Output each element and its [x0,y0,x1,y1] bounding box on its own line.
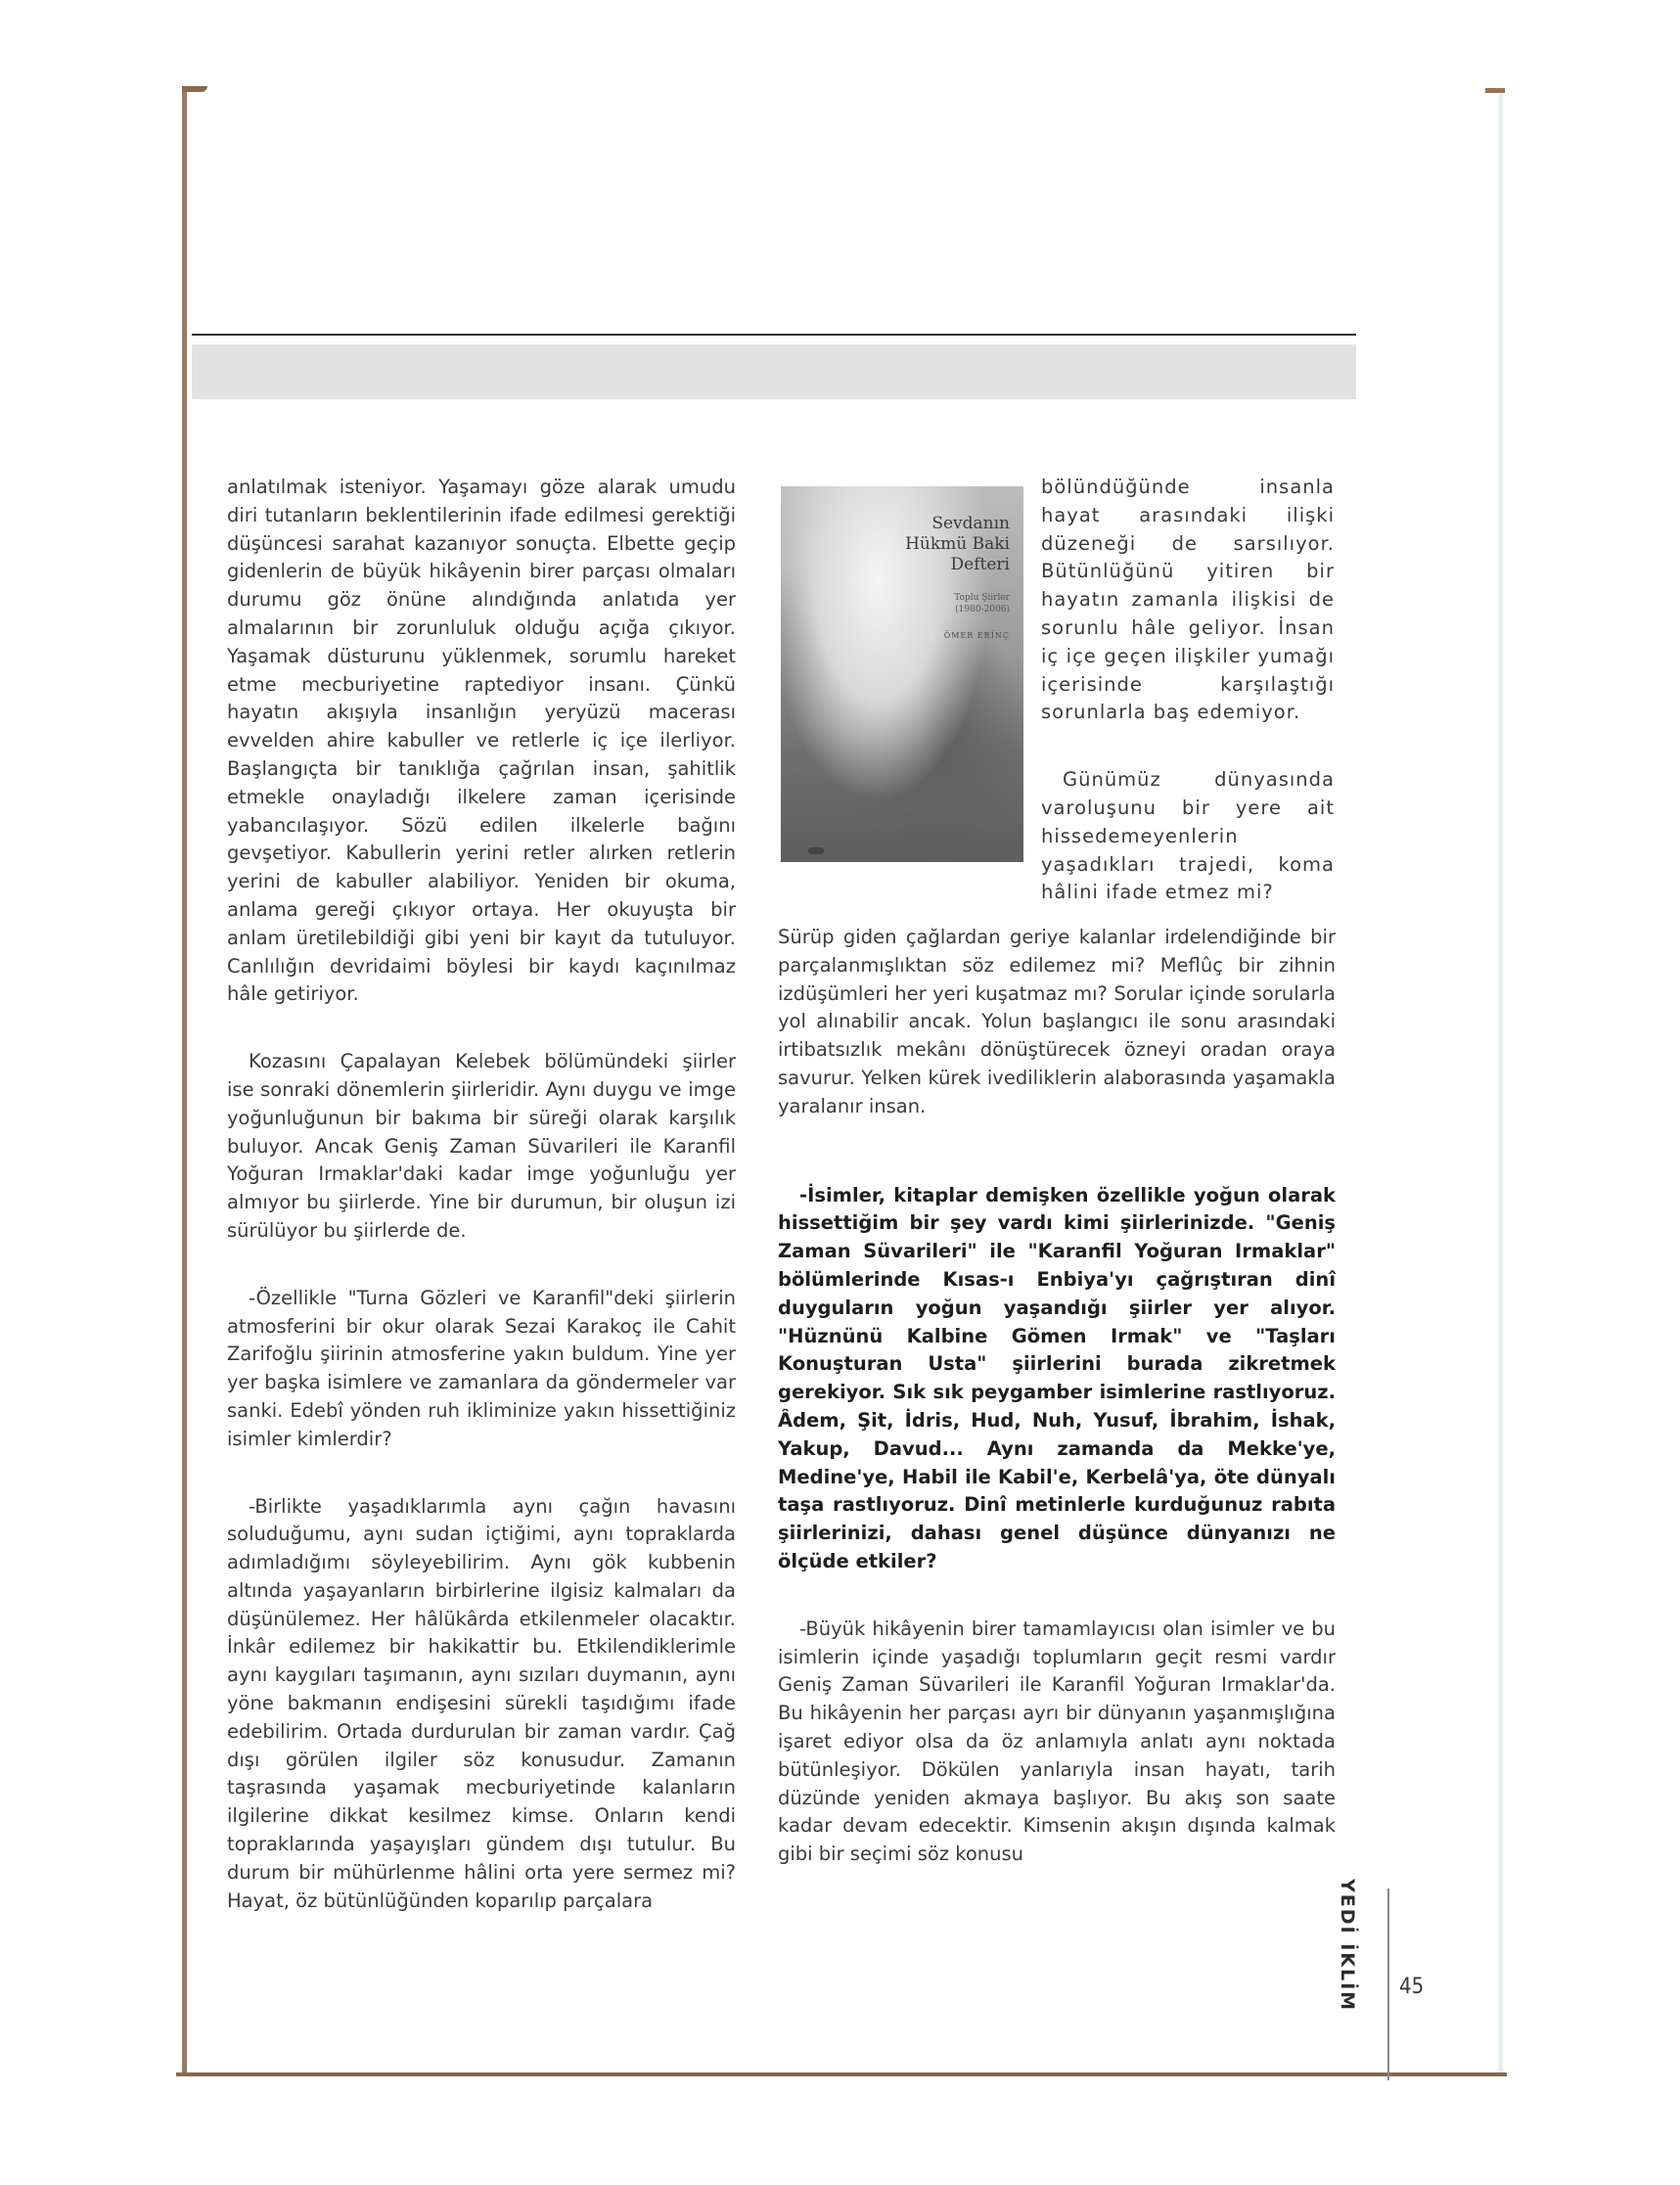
page-number: 45 [1399,1975,1424,1999]
interview-question: -Özellikle "Turna Gözleri ve Karanfil"de… [227,1285,736,1454]
book-author: ÖMER ERİNÇ [944,631,1010,640]
book-cover-image: Sevdanın Hükmü Baki Defteri Toplu Şiirle… [781,486,1023,862]
footer-divider [1387,1889,1389,2080]
interview-answer: -Birlikte yaşadıklarımla aynı çağın hava… [227,1493,736,1916]
page-right-edge [1499,94,1503,2075]
left-column: anlatılmak isteniyor. Yaşamayı göze alar… [227,474,736,1915]
page-corner-right [1485,88,1505,93]
publisher-logo-icon [808,847,824,854]
magazine-name: YEDİ İKLİM [1333,1879,1362,2026]
book-title: Sevdanın Hükmü Baki Defteri [905,514,1010,575]
page-spine-edge [182,88,187,2074]
paragraph: Günümüz dünyasında varoluşunu bir yere a… [1041,766,1335,907]
paragraph: bölündüğünde insanla hayat arasındaki il… [1041,474,1335,727]
header-rule [192,334,1356,336]
interview-question: -İsimler, kitaplar demişken özellikle yo… [778,1182,1336,1576]
right-column-top: bölündüğünde insanla hayat arasındaki il… [1041,474,1335,907]
page-bottom-edge [176,2072,1507,2076]
book-subtitle: Toplu Şiirler (1980-2006) [954,592,1010,615]
paragraph: anlatılmak isteniyor. Yaşamayı göze alar… [227,474,736,1009]
right-column-lower: Sürüp giden çağlardan geriye kalanlar ir… [778,924,1336,1869]
paragraph: Sürüp giden çağlardan geriye kalanlar ir… [778,924,1336,1121]
paragraph: Kozasını Çapalayan Kelebek bölümündeki ş… [227,1048,736,1246]
header-band [192,344,1356,399]
page-corner [182,86,207,92]
interview-answer: -Büyük hikâyenin birer tamamlayıcısı ola… [778,1616,1336,1869]
